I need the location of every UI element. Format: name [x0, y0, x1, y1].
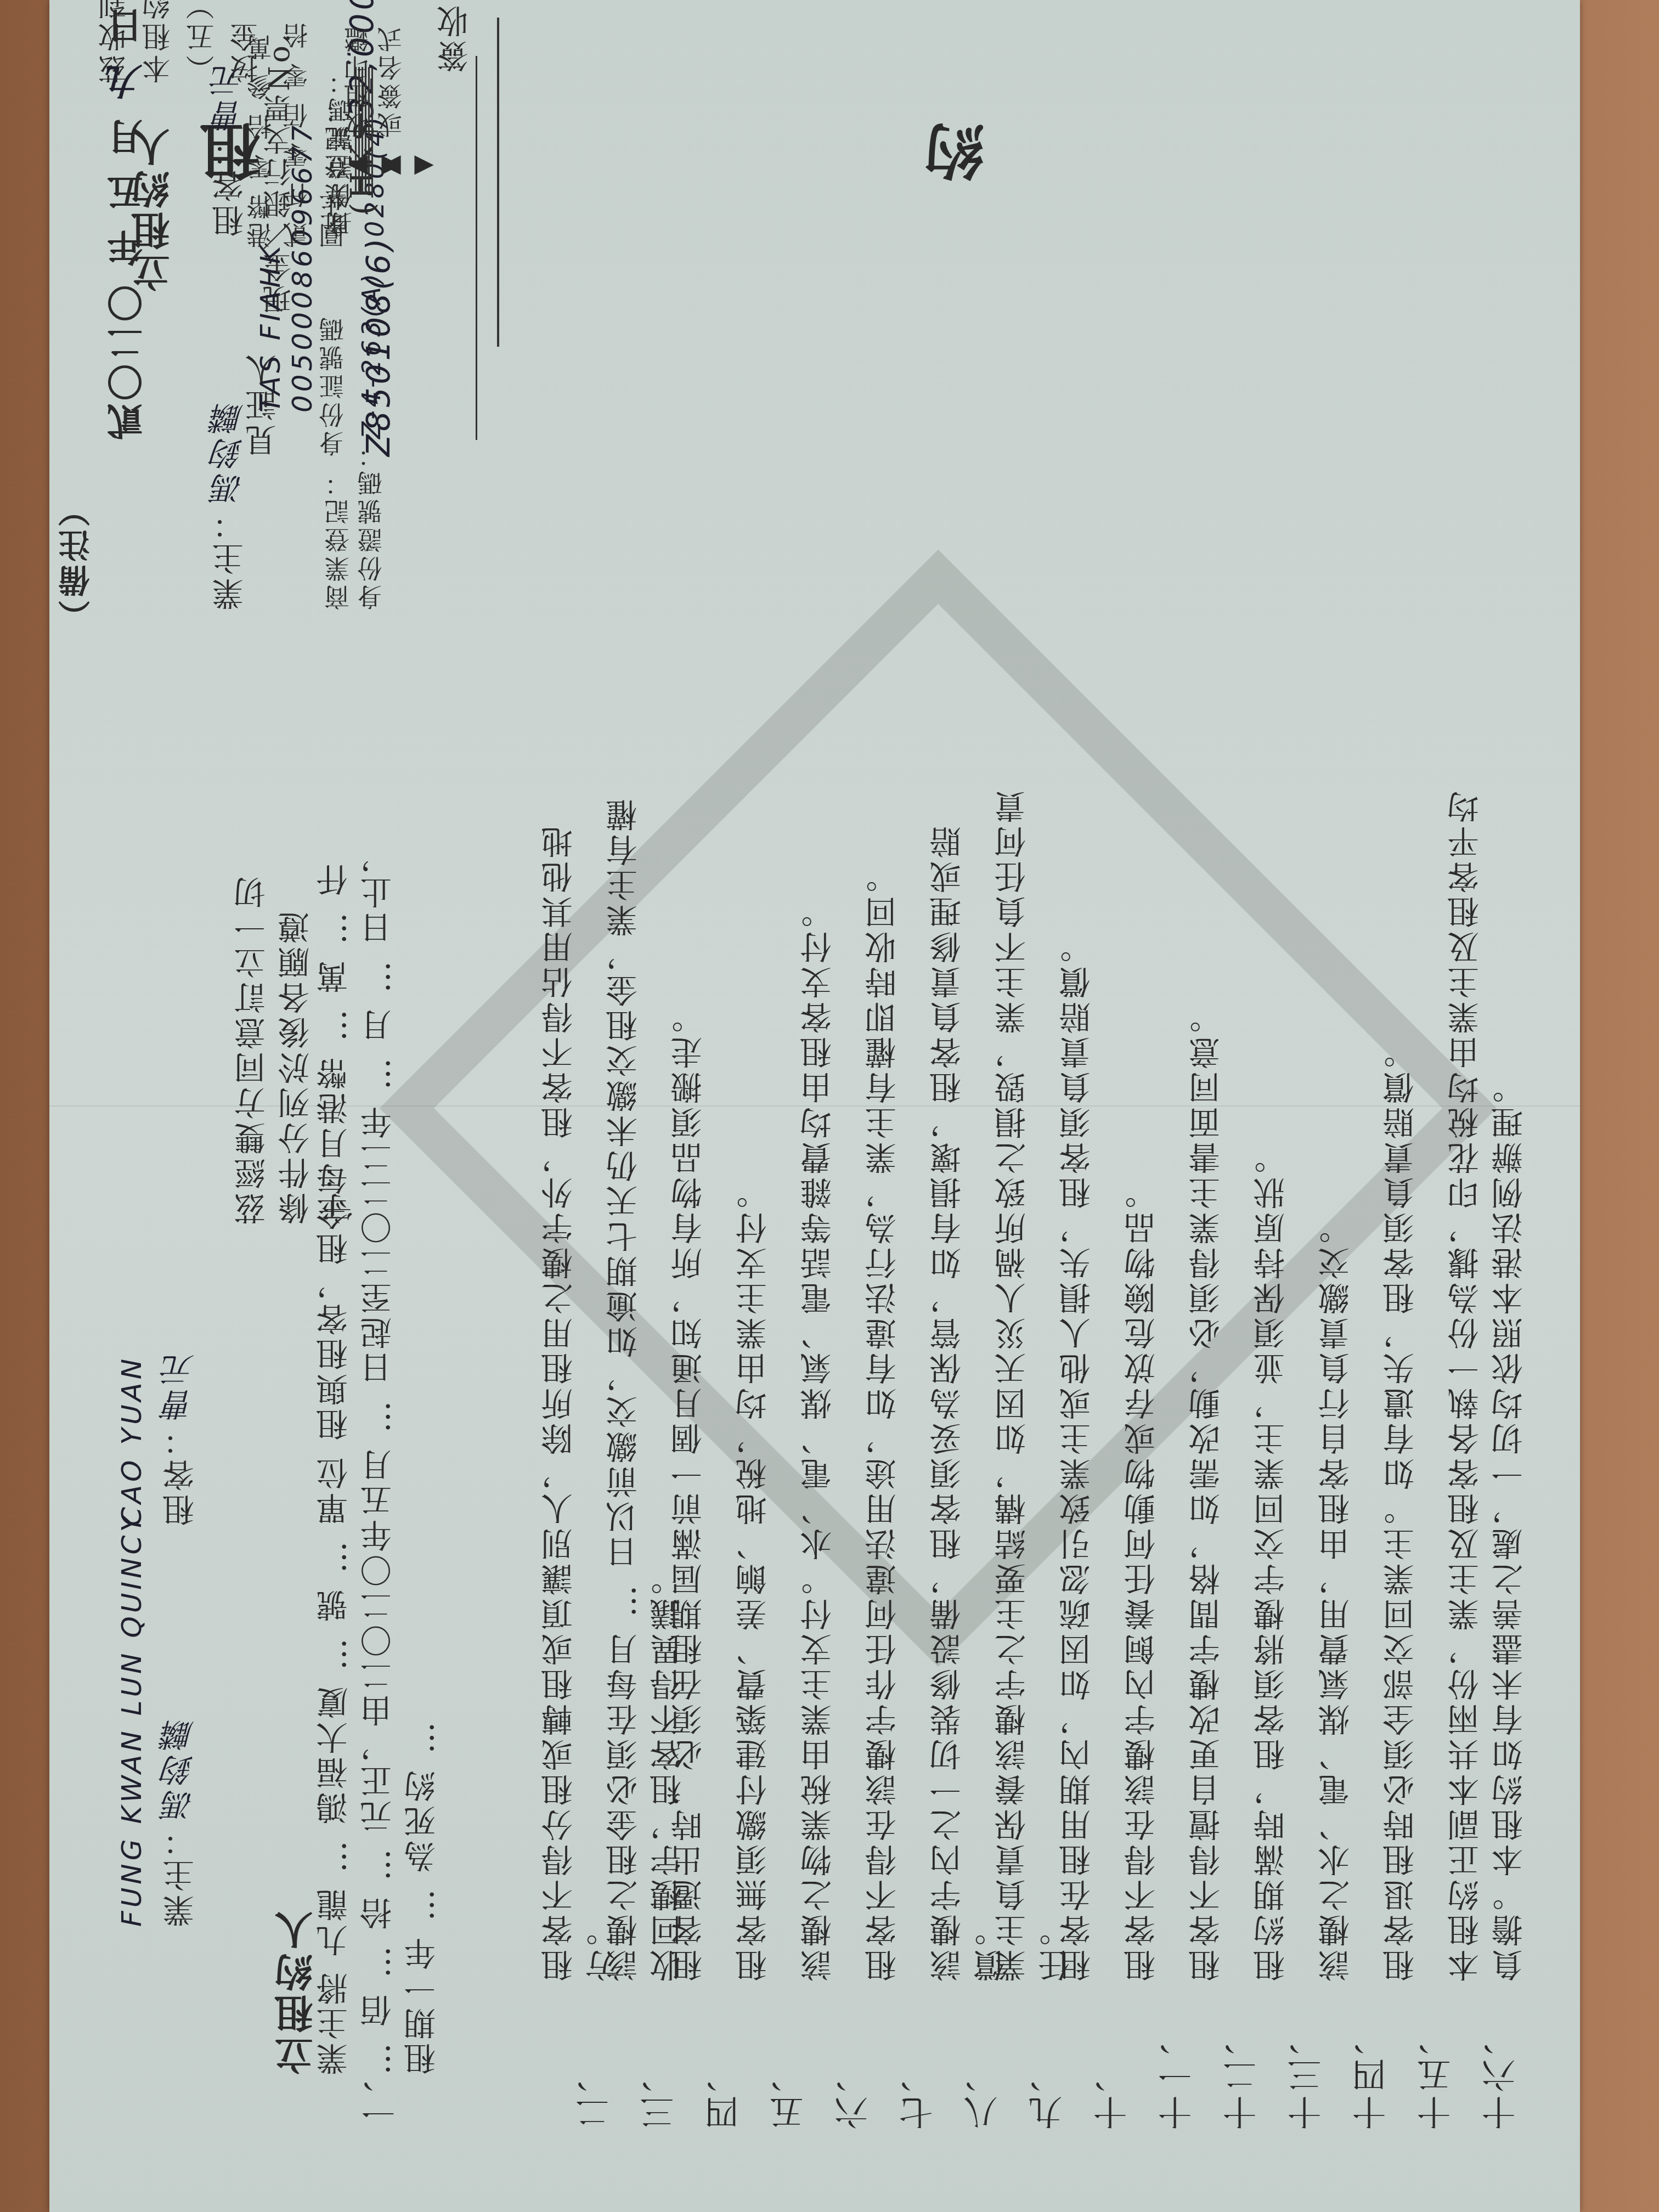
date-day-label: 日: [106, 5, 149, 44]
clause-numeral: 十六、: [1477, 2018, 1526, 2130]
clause-numeral: 十一、: [1153, 2018, 1202, 2130]
clause-numeral: 五、: [765, 2055, 814, 2130]
signature-divider: [497, 18, 499, 347]
landlord-label: 業主：: [162, 1821, 200, 1927]
landlord-name-en: FUNG KWAN LUN QUINCY: [110, 1512, 154, 1927]
document-content: 租 約 立租約人 業主：馮鈞麟 FUNG KWAN LUN QUINCY 租客：…: [49, 0, 1580, 2212]
clause-text: 租客不得在該樓宇內飼養任何動物或存放危險物品。: [1120, 775, 1181, 1982]
clause-numeral: 十二、: [1218, 2018, 1267, 2130]
clause-text: 租客在租用期內，如因疏忽引致業主或他人損失，租客須負責賠償。: [1056, 775, 1116, 1982]
tenant-line: 租客：曹元: [159, 1351, 203, 1526]
tenancy-agreement-paper: 租 約 立租約人 業主：馮鈞麟 FUNG KWAN LUN QUINCY 租客：…: [49, 0, 1580, 2212]
receipt-date: 貳〇二〇 年 五 月 九 日: [101, 5, 154, 440]
clause-text: 該樓之物業稅由業主支付。水、電、煤氣、電話等雜費均由租客支付。: [797, 775, 857, 1982]
landlord-name: 馮鈞麟: [162, 1716, 200, 1821]
remarks-label: （備注）: [55, 492, 99, 632]
title-char-2: 約: [916, 119, 1003, 182]
clause-text: 租客遷出時，必須在租期屆滿前一個月通知，所有物品須搬走。: [667, 775, 727, 1982]
clause-numeral: 八、: [959, 2055, 1008, 2130]
clause-numeral: 三、: [635, 2055, 684, 2130]
signed-label: 簽收: [433, 2, 477, 72]
witness-id-label: 身份証號碼: [315, 314, 351, 456]
signature-note: ▶ 或簽名式 ◀: [373, 0, 439, 182]
sig-landlord-br: 商業登記：: [320, 467, 357, 610]
date-year-value: 貳〇二〇: [106, 282, 149, 440]
clause-text: 租客不得分租或轉租或頂讓別人，除所租用之樓宇外，租客不得佔用其他地方。: [538, 775, 598, 1982]
clause-numeral: 四、: [700, 2055, 749, 2130]
clause-text: 租客不得在該樓宇作任何違法用途，如有違法行為，業主有權即時收回。: [861, 775, 922, 1982]
clause-numeral: 十四、: [1347, 2018, 1396, 2130]
clause-numeral: 十三、: [1283, 2018, 1331, 2130]
clause-text: 業主負責保養該樓宇之主要結構，如因天災人禍所致之損毀，業主不負任何責任。: [991, 775, 1051, 1982]
clause-text: 該樓宇內之一切裝修設備，租客須妥為保管，如有損壞，租客負責修理或賠償。: [926, 775, 986, 1982]
clause-text: 該樓之租金必須在每月 … 日以前繳交，如逾期七天仍未繳交租金，業主有權收回樓宇，…: [602, 775, 663, 1982]
sig-landlord-id-label: 身份證號碼：: [357, 439, 386, 610]
date-day-value: 九: [106, 60, 149, 100]
clause-numeral: 十五、: [1412, 2018, 1461, 2130]
signed-line: [476, 56, 477, 440]
tenant-label: 租客：: [162, 1421, 200, 1526]
receipt-amount-words: 港幣 零 拾 參 萬 貳 仟 零 佰 零 拾 圓正: [242, 0, 351, 248]
sig-landlord-label: 業主：: [212, 505, 249, 610]
clause-text: 租客退租時必須全部交回業主。如有遺失，租客須負責賠償。: [1379, 775, 1440, 1982]
date-month-label: 月: [106, 116, 149, 155]
clause-text: 租客無須繳付建築費、差餉、地稅，均由業主支付。: [732, 775, 792, 1982]
clause-text: 租客不得擅自更改樓宇間格，如需改動，必須得業主書面同意。: [1185, 775, 1245, 1982]
clause-1-text: 業主將 九龍 … 鴻福大廈 … 號 … 單位 租與租客，租金每月港幣 … 萬 ……: [313, 813, 554, 2075]
clause-numeral: 九、: [1024, 2055, 1073, 2130]
clause-numeral: 六、: [830, 2055, 878, 2130]
clause-text: 租約期滿時，租客須將樓宇交回業主，並須保持原狀。: [1250, 775, 1310, 1982]
tenant-name: 曹元: [162, 1351, 200, 1421]
clause-text: 該樓之水、電、煤氣費用，由租客自行負責繳交。: [1314, 775, 1375, 1982]
date-month-value: 五: [106, 171, 149, 211]
clause-numeral: 七、: [894, 2055, 943, 2130]
clause-numeral: 二、: [571, 2055, 619, 2130]
witness-id-value: Z850108(6): [357, 235, 400, 456]
tenant-name-en: CAO YUAN: [110, 1356, 154, 1526]
landlord-line: 業主：馮鈞麟: [159, 1716, 203, 1927]
clause-numeral: 十、: [1088, 2055, 1137, 2130]
date-year-label: 年: [106, 227, 149, 266]
clause-text: 本租約正副本共兩份，業主及租客各執一份為據，印花稅均由業主及租客平均負擔。本租約…: [1444, 775, 1504, 1982]
